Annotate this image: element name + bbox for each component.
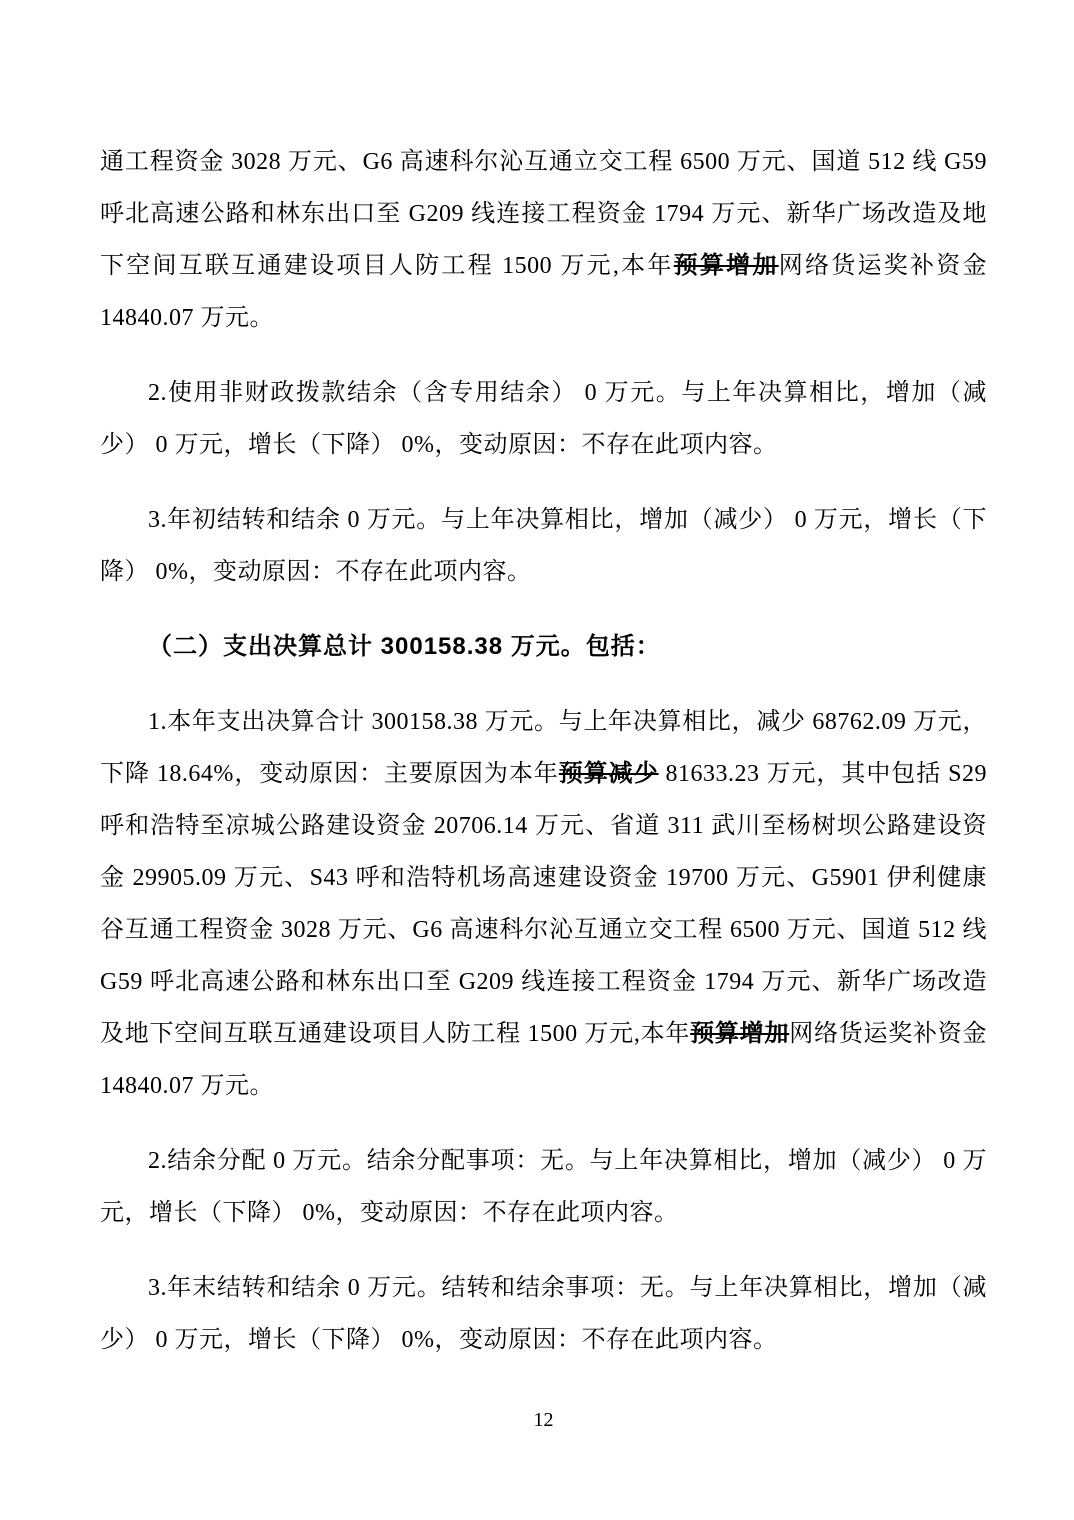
paragraph: 2.使用非财政拨款结余（含专用结余） 0 万元。与上年决算相比，增加（减少） 0… (100, 367, 987, 471)
struck-text-run: 预算减少 (559, 761, 659, 787)
text-run: （二）支出决算总计 300158.38 万元。包括： (148, 633, 661, 660)
section-heading: （二）支出决算总计 300158.38 万元。包括： (100, 621, 987, 673)
paragraph: 通工程资金 3028 万元、G6 高速科尔沁互通立交工程 6500 万元、国道 … (100, 136, 987, 344)
text-run: 81633.23 万元，其中包括 S29 呼和浩特至凉城公路建设资金 20706… (100, 761, 994, 1047)
paragraph: 3.年末结转和结余 0 万元。结转和结余事项：无。与上年决算相比，增加（减少） … (100, 1262, 987, 1366)
page-number: 12 (100, 1406, 987, 1434)
struck-text-run: 预算增加 (690, 1021, 789, 1047)
paragraph: 1.本年支出决算合计 300158.38 万元。与上年决算相比，减少 68762… (100, 696, 987, 1112)
paragraph: 3.年初结转和结余 0 万元。与上年决算相比，增加（减少） 0 万元，增长（下降… (100, 494, 987, 598)
struck-text-run: 预算增加 (674, 253, 779, 279)
text-run: 2.结余分配 0 万元。结余分配事项：无。与上年决算相比，增加（减少） 0 万元… (100, 1148, 987, 1226)
paragraph: 2.结余分配 0 万元。结余分配事项：无。与上年决算相比，增加（减少） 0 万元… (100, 1135, 987, 1239)
text-run: 2.使用非财政拨款结余（含专用结余） 0 万元。与上年决算相比，增加（减少） 0… (100, 380, 987, 458)
text-run: 3.年末结转和结余 0 万元。结转和结余事项：无。与上年决算相比，增加（减少） … (100, 1275, 987, 1353)
document-body: 通工程资金 3028 万元、G6 高速科尔沁互通立交工程 6500 万元、国道 … (100, 136, 987, 1389)
document-page: 通工程资金 3028 万元、G6 高速科尔沁互通立交工程 6500 万元、国道 … (0, 0, 1074, 1520)
text-run: 3.年初结转和结余 0 万元。与上年决算相比，增加（减少） 0 万元，增长（下降… (100, 507, 987, 585)
